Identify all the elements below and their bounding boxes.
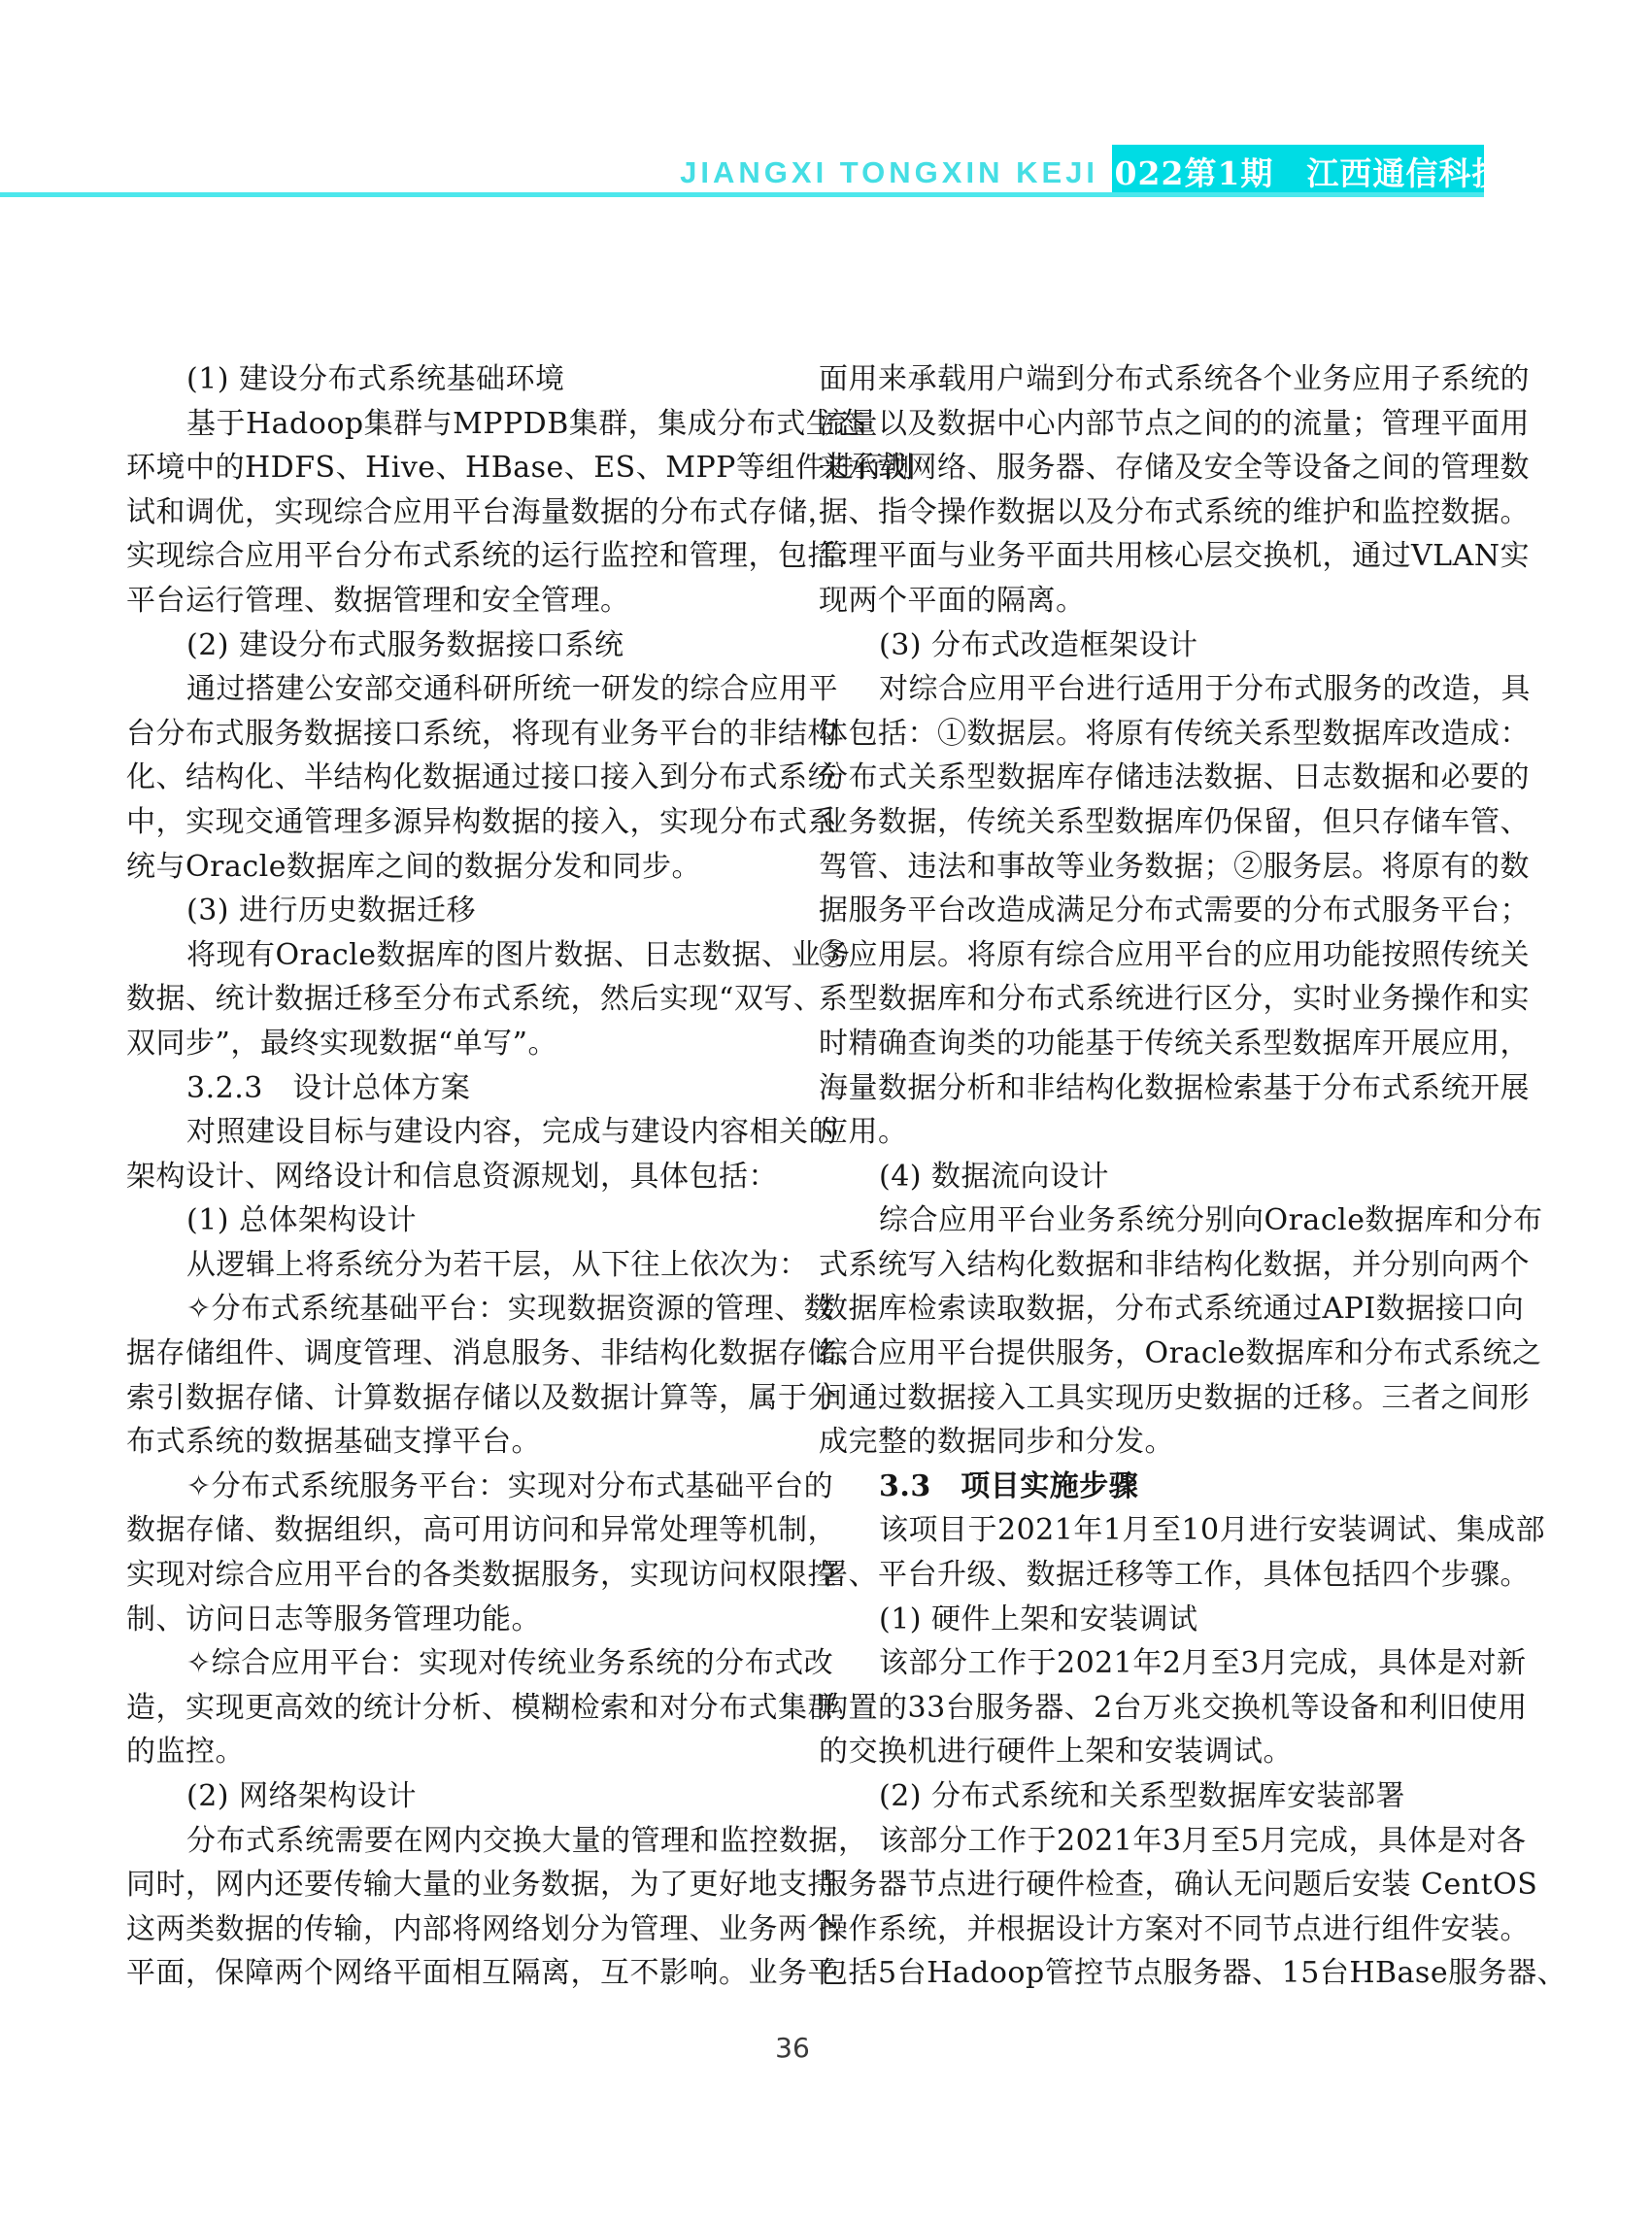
text-line: ✧综合应用平台：实现对传统业务系统的分布式改 [126, 1641, 798, 1686]
text-line: (2) 分布式系统和关系型数据库安装部署 [819, 1774, 1491, 1819]
text-line: ✧分布式系统基础平台：实现数据资源的管理、数 [126, 1287, 798, 1332]
text-line: 索引数据存储、计算数据存储以及数据计算等，属于分 [126, 1376, 798, 1421]
text-line: 造，实现更高效的统计分析、模糊检索和对分布式集群 [126, 1686, 798, 1731]
text-line: 制、访问日志等服务管理功能。 [126, 1598, 798, 1642]
text-line: 该部分工作于2021年3月至5月完成，具体是对各 [819, 1819, 1491, 1864]
text-line: 综合应用平台提供服务，Oracle数据库和分布式系统之 [819, 1332, 1491, 1376]
page-number: 36 [763, 2032, 822, 2064]
text-line: 数据存储、数据组织，高可用访问和异常处理等机制， [126, 1508, 798, 1553]
text-line: 应用。 [819, 1110, 1491, 1155]
text-line: 海量数据分析和非结构化数据检索基于分布式系统开展 [819, 1066, 1491, 1111]
text-line: 现两个平面的隔离。 [819, 579, 1491, 624]
text-line: 中，实现交通管理多源异构数据的接入，实现分布式系 [126, 800, 798, 845]
text-line: 据、指令操作数据以及分布式系统的维护和监控数据。 [819, 490, 1491, 535]
text-line: 署、平台升级、数据迁移等工作，具体包括四个步骤。 [819, 1553, 1491, 1598]
text-line: 成完整的数据同步和分发。 [819, 1420, 1491, 1465]
text-line: 试和调优，实现综合应用平台海量数据的分布式存储， [126, 490, 798, 535]
text-line: 统与Oracle数据库之间的数据分发和同步。 [126, 845, 798, 890]
right-column: 面用来承载用户端到分布式系统各个业务应用子系统的流量以及数据中心内部节点之间的的… [819, 357, 1491, 1996]
text-line: 系型数据库和分布式系统进行区分，实时业务操作和实 [819, 977, 1491, 1022]
text-line: 将现有Oracle数据库的图片数据、日志数据、业务 [126, 933, 798, 978]
text-line: 平台运行管理、数据管理和安全管理。 [126, 579, 798, 624]
text-line: 数据、统计数据迁移至分布式系统，然后实现“双写、 [126, 977, 798, 1022]
text-line: 来承载网络、服务器、存储及安全等设备之间的管理数 [819, 446, 1491, 490]
text-line: 对综合应用平台进行适用于分布式服务的改造，具 [819, 667, 1491, 712]
text-line: ✧分布式系统服务平台：实现对分布式基础平台的 [126, 1465, 798, 1509]
text-line: 据服务平台改造成满足分布式需要的分布式服务平台； [819, 889, 1491, 933]
text-line: 基于Hadoop集群与MPPDB集群，集成分布式生态 [126, 402, 798, 447]
text-line: 该项目于2021年1月至10月进行安装调试、集成部 [819, 1508, 1491, 1553]
text-line: 这两类数据的传输，内部将网络划分为管理、业务两个 [126, 1907, 798, 1952]
text-line: 平面，保障两个网络平面相互隔离，互不影响。业务平 [126, 1951, 798, 1996]
text-line: 通过搭建公安部交通科研所统一研发的综合应用平 [126, 667, 798, 712]
text-line: 包括5台Hadoop管控节点服务器、15台HBase服务器、 [819, 1951, 1491, 1996]
text-line: 流量以及数据中心内部节点之间的的流量；管理平面用 [819, 402, 1491, 447]
issue-box-label: 2022第1期 江西通信科技 [1092, 149, 1505, 194]
text-line: 体包括：①数据层。将原有传统关系型数据库改造成： [819, 712, 1491, 757]
text-line: (3) 进行历史数据迁移 [126, 889, 798, 933]
text-line: 购置的33台服务器、2台万兆交换机等设备和利旧使用 [819, 1686, 1491, 1731]
header-rule [0, 192, 1484, 197]
text-line: (3) 分布式改造框架设计 [819, 624, 1491, 668]
text-line: 面用来承载用户端到分布式系统各个业务应用子系统的 [819, 357, 1491, 402]
issue-box: 2022第1期 江西通信科技 [1112, 145, 1484, 197]
journal-name-latin: JIANGXI TONGXIN KEJI [680, 155, 1098, 190]
text-line: 业务数据，传统关系型数据库仍保留，但只存储车管、 [819, 800, 1491, 845]
text-line: (4) 数据流向设计 [819, 1155, 1491, 1199]
text-line: 的交换机进行硬件上架和安装调试。 [819, 1730, 1491, 1774]
text-line: 架构设计、网络设计和信息资源规划，具体包括： [126, 1155, 798, 1199]
text-line: 化、结构化、半结构化数据通过接口接入到分布式系统 [126, 756, 798, 800]
text-line: 3.2.3 设计总体方案 [126, 1066, 798, 1111]
text-line: 时精确查询类的功能基于传统关系型数据库开展应用， [819, 1022, 1491, 1066]
text-line: (2) 建设分布式服务数据接口系统 [126, 624, 798, 668]
text-line: 数据库检索读取数据，分布式系统通过API数据接口向 [819, 1287, 1491, 1332]
text-line: 间通过数据接入工具实现历史数据的迁移。三者之间形 [819, 1376, 1491, 1421]
text-line: ③应用层。将原有综合应用平台的应用功能按照传统关 [819, 933, 1491, 978]
text-line: 式系统写入结构化数据和非结构化数据，并分别向两个 [819, 1243, 1491, 1288]
text-line: 台分布式服务数据接口系统，将现有业务平台的非结构 [126, 712, 798, 757]
text-line: 综合应用平台业务系统分别向Oracle数据库和分布 [819, 1198, 1491, 1243]
text-line: 据存储组件、调度管理、消息服务、非结构化数据存储、 [126, 1332, 798, 1376]
text-line: 服务器节点进行硬件检查，确认无问题后安装 CentOS [819, 1863, 1491, 1907]
text-line: 从逻辑上将系统分为若干层，从下往上依次为： [126, 1243, 798, 1288]
text-line: 操作系统，并根据设计方案对不同节点进行组件安装。 [819, 1907, 1491, 1952]
text-line: 分布式系统需要在网内交换大量的管理和监控数据， [126, 1819, 798, 1864]
text-line: 实现对综合应用平台的各类数据服务，实现访问权限控 [126, 1553, 798, 1598]
text-line: (1) 总体架构设计 [126, 1198, 798, 1243]
text-line: 驾管、违法和事故等业务数据；②服务层。将原有的数 [819, 845, 1491, 890]
text-line: 3.3 项目实施步骤 [819, 1465, 1491, 1509]
left-column: (1) 建设分布式系统基础环境基于Hadoop集群与MPPDB集群，集成分布式生… [126, 357, 798, 1996]
text-line: 对照建设目标与建设内容，完成与建设内容相关的 [126, 1110, 798, 1155]
text-line: (1) 建设分布式系统基础环境 [126, 357, 798, 402]
text-line: 分布式关系型数据库存储违法数据、日志数据和必要的 [819, 756, 1491, 800]
text-line: 的监控。 [126, 1730, 798, 1774]
text-line: (2) 网络架构设计 [126, 1774, 798, 1819]
text-line: 双同步”，最终实现数据“单写”。 [126, 1022, 798, 1066]
text-line: 实现综合应用平台分布式系统的运行监控和管理，包括： [126, 534, 798, 579]
text-line: 环境中的HDFS、Hive、HBase、ES、MPP等组件进行测 [126, 446, 798, 490]
text-line: 同时，网内还要传输大量的业务数据，为了更好地支持 [126, 1863, 798, 1907]
text-line: 布式系统的数据基础支撑平台。 [126, 1420, 798, 1465]
text-line: 该部分工作于2021年2月至3月完成，具体是对新 [819, 1641, 1491, 1686]
text-line: (1) 硬件上架和安装调试 [819, 1598, 1491, 1642]
text-line: 管理平面与业务平面共用核心层交换机，通过VLAN实 [819, 534, 1491, 579]
